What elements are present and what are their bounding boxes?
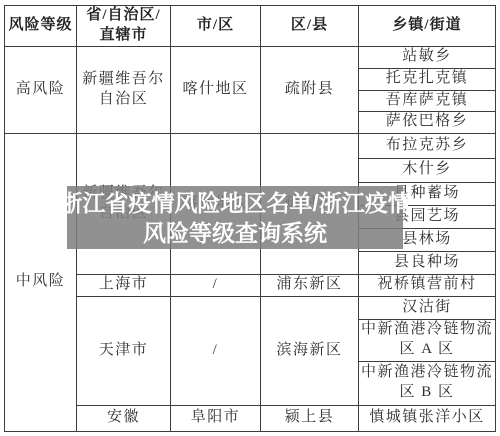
table-row: 上海市 / 浦东新区 祝桥镇营前村: [5, 274, 496, 296]
cell-township: 托克扎克镇: [359, 68, 496, 90]
header-city: 市/区: [171, 6, 261, 47]
header-county: 区/县: [261, 6, 359, 47]
cell-county: 浦东新区: [261, 274, 359, 296]
cell-province: 新疆维吾尔 自治区: [77, 46, 171, 133]
cell-township: 县良种场: [359, 251, 496, 274]
cell-risk-level: 中风险: [5, 133, 77, 431]
cell-province: 上海市: [77, 274, 171, 296]
watermark-banner: 浙江省疫情风险地区名单/浙江疫情 风险等级查询系统: [67, 186, 403, 249]
header-province: 省/自治区/ 直辖市: [77, 6, 171, 47]
cell-province: 安徽: [77, 405, 171, 431]
table-header-row: 风险等级 省/自治区/ 直辖市 市/区 区/县 乡镇/街道: [5, 6, 496, 47]
cell-county: 颍上县: [261, 405, 359, 431]
cell-township: 木什乡: [359, 158, 496, 182]
header-township: 乡镇/街道: [359, 6, 496, 47]
cell-county: 滨海新区: [261, 296, 359, 405]
cell-township: 中新渔港冷链物流 区 B 区: [359, 361, 496, 405]
cell-city: /: [171, 296, 261, 405]
risk-area-page: 风险等级 省/自治区/ 直辖市 市/区 区/县 乡镇/街道 高风险 新疆维吾尔 …: [0, 0, 500, 436]
table-row: 天津市 / 滨海新区 汉沽街: [5, 296, 496, 319]
cell-township: 汉沽街: [359, 296, 496, 319]
table-row: 中风险 新疆维吾尔 自治区 喀什地区 疏附县 布拉克苏乡: [5, 133, 496, 158]
cell-city: 喀什地区: [171, 46, 261, 133]
cell-township: 站敏乡: [359, 46, 496, 68]
header-risk-level: 风险等级: [5, 6, 77, 47]
cell-province: 天津市: [77, 296, 171, 405]
watermark-line-2: 风险等级查询系统: [143, 218, 327, 248]
cell-city: /: [171, 274, 261, 296]
cell-township: 萨依巴格乡: [359, 111, 496, 133]
cell-township: 祝桥镇营前村: [359, 274, 496, 296]
table-row: 高风险 新疆维吾尔 自治区 喀什地区 疏附县 站敏乡: [5, 46, 496, 68]
cell-risk-level: 高风险: [5, 46, 77, 133]
cell-township: 吾库萨克镇: [359, 90, 496, 111]
cell-township: 中新渔港冷链物流 区 A 区: [359, 319, 496, 361]
cell-township: 慎城镇张洋小区: [359, 405, 496, 431]
cell-county: 疏附县: [261, 46, 359, 133]
table-row: 安徽 阜阳市 颍上县 慎城镇张洋小区: [5, 405, 496, 431]
cell-township: 布拉克苏乡: [359, 133, 496, 158]
watermark-line-1: 浙江省疫情风险地区名单/浙江疫情: [59, 188, 410, 218]
cell-city: 阜阳市: [171, 405, 261, 431]
